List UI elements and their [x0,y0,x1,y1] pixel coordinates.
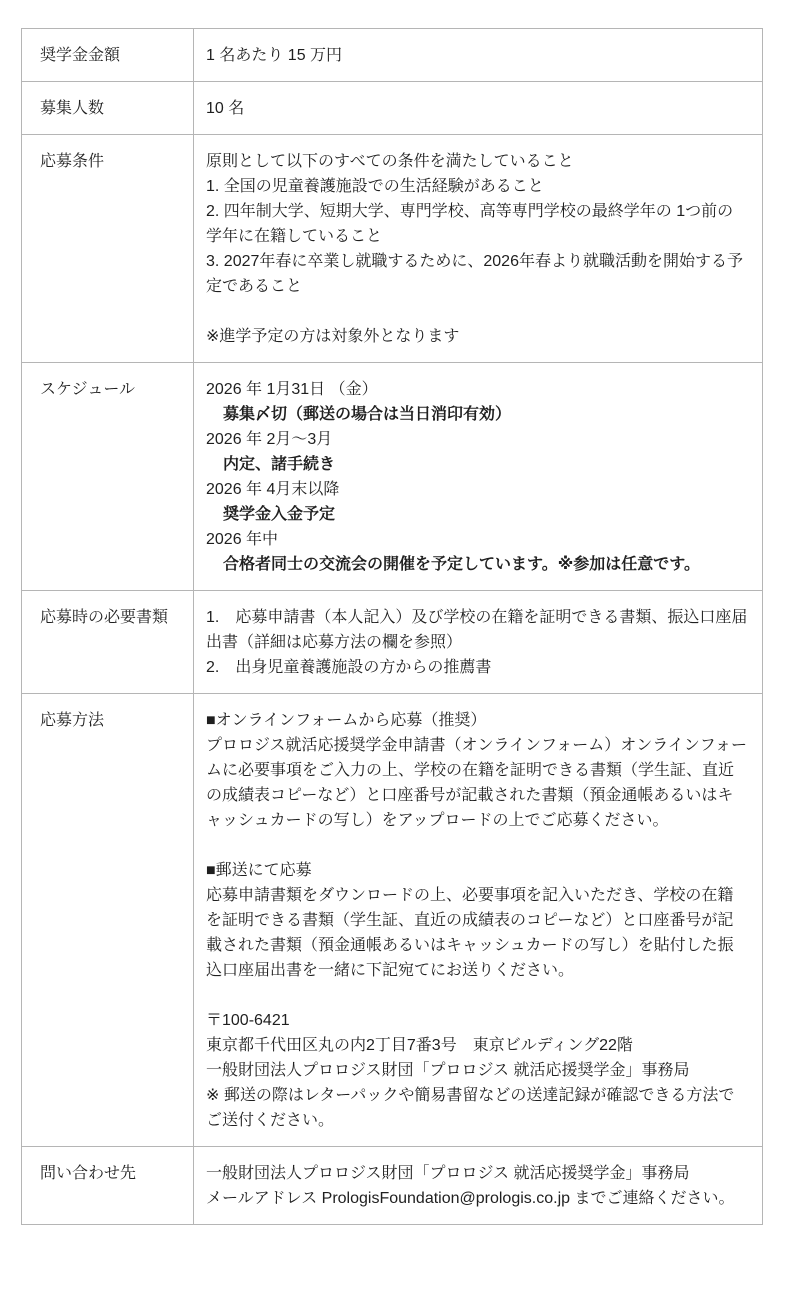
schedule-emphasis-line: 合格者同士の交流会の開催を予定しています。※参加は任意です。 [206,552,748,577]
schedule-date-line: 2026 年 1月31日 （金） [206,377,748,402]
row-label-required-documents: 応募時の必要書類 [22,591,194,694]
text-line: 1. 応募申請書（本人記入）及び学校の在籍を証明できる書類、振込口座届出書（詳細… [206,605,748,655]
postal-code-line: 〒100-6421 [206,1008,748,1033]
text-line: 1. 全国の児童養護施設での生活経験があること [206,174,748,199]
text-line: ※進学予定の方は対象外となります [206,324,748,349]
schedule-date-line: 2026 年 4月末以降 [206,477,748,502]
row-scholarship-amount: 奨学金金額 1 名あたり 15 万円 [22,29,763,82]
schedule-emphasis-line: 内定、諸手続き [206,452,748,477]
schedule-emphasis-line: 募集〆切（郵送の場合は当日消印有効） [206,402,748,427]
scholarship-info-section: 奨学金金額 1 名あたり 15 万円 募集人数 10 名 応募条件 原則として以… [21,28,763,1225]
schedule-date-line: 2026 年中 [206,527,748,552]
row-recruit-count: 募集人数 10 名 [22,82,763,135]
section-heading-mail: ■郵送にて応募 [206,858,748,883]
row-eligibility: 応募条件 原則として以下のすべての条件を満たしていること 1. 全国の児童養護施… [22,135,763,363]
row-label-eligibility: 応募条件 [22,135,194,363]
row-content-contact: 一般財団法人プロロジス財団「プロロジス 就活応援奨学金」事務局 メールアドレス … [194,1147,763,1225]
scholarship-info-table: 奨学金金額 1 名あたり 15 万円 募集人数 10 名 応募条件 原則として以… [21,28,763,1225]
contact-email-line: メールアドレス PrologisFoundation@prologis.co.j… [206,1186,748,1211]
row-content-schedule: 2026 年 1月31日 （金） 募集〆切（郵送の場合は当日消印有効） 2026… [194,363,763,591]
row-label-schedule: スケジュール [22,363,194,591]
address-line: 東京都千代田区丸の内2丁目7番3号 東京ビルディング22階 [206,1033,748,1058]
mailing-note-line: ※ 郵送の際はレターパックや簡易書留などの送達記録が確認できる方法でご送付くださ… [206,1083,748,1133]
row-label-scholarship-amount: 奨学金金額 [22,29,194,82]
blank-line [206,983,748,1008]
row-schedule: スケジュール 2026 年 1月31日 （金） 募集〆切（郵送の場合は当日消印有… [22,363,763,591]
row-label-contact: 問い合わせ先 [22,1147,194,1225]
text-line: 1 名あたり 15 万円 [206,43,748,68]
text-line: 2. 出身児童養護施設の方からの推薦書 [206,655,748,680]
row-content-recruit-count: 10 名 [194,82,763,135]
text-line: 応募申請書類をダウンロードの上、必要事項を記入いただき、学校の在籍を証明できる書… [206,883,748,983]
blank-line [206,833,748,858]
recipient-line: 一般財団法人プロロジス財団「プロロジス 就活応援奨学金」事務局 [206,1058,748,1083]
text-line: 2. 四年制大学、短期大学、専門学校、高等専門学校の最終学年の 1つ前の学年に在… [206,199,748,249]
row-content-required-documents: 1. 応募申請書（本人記入）及び学校の在籍を証明できる書類、振込口座届出書（詳細… [194,591,763,694]
row-label-recruit-count: 募集人数 [22,82,194,135]
row-content-application-method: ■オンラインフォームから応募（推奨） プロロジス就活応援奨学金申請書（オンライン… [194,694,763,1147]
row-content-scholarship-amount: 1 名あたり 15 万円 [194,29,763,82]
text-line: 原則として以下のすべての条件を満たしていること [206,149,748,174]
schedule-emphasis-line: 奨学金入金予定 [206,502,748,527]
contact-office-line: 一般財団法人プロロジス財団「プロロジス 就活応援奨学金」事務局 [206,1161,748,1186]
row-label-application-method: 応募方法 [22,694,194,1147]
row-application-method: 応募方法 ■オンラインフォームから応募（推奨） プロロジス就活応援奨学金申請書（… [22,694,763,1147]
blank-line [206,299,748,324]
schedule-date-line: 2026 年 2月～3月 [206,427,748,452]
text-line: プロロジス就活応援奨学金申請書（オンラインフォーム）オンラインフォームに必要事項… [206,733,748,833]
text-line: 10 名 [206,96,748,121]
row-required-documents: 応募時の必要書類 1. 応募申請書（本人記入）及び学校の在籍を証明できる書類、振… [22,591,763,694]
text-line: 3. 2027年春に卒業し就職するために、2026年春より就職活動を開始する予定… [206,249,748,299]
row-content-eligibility: 原則として以下のすべての条件を満たしていること 1. 全国の児童養護施設での生活… [194,135,763,363]
row-contact: 問い合わせ先 一般財団法人プロロジス財団「プロロジス 就活応援奨学金」事務局 メ… [22,1147,763,1225]
section-heading-online: ■オンラインフォームから応募（推奨） [206,708,748,733]
